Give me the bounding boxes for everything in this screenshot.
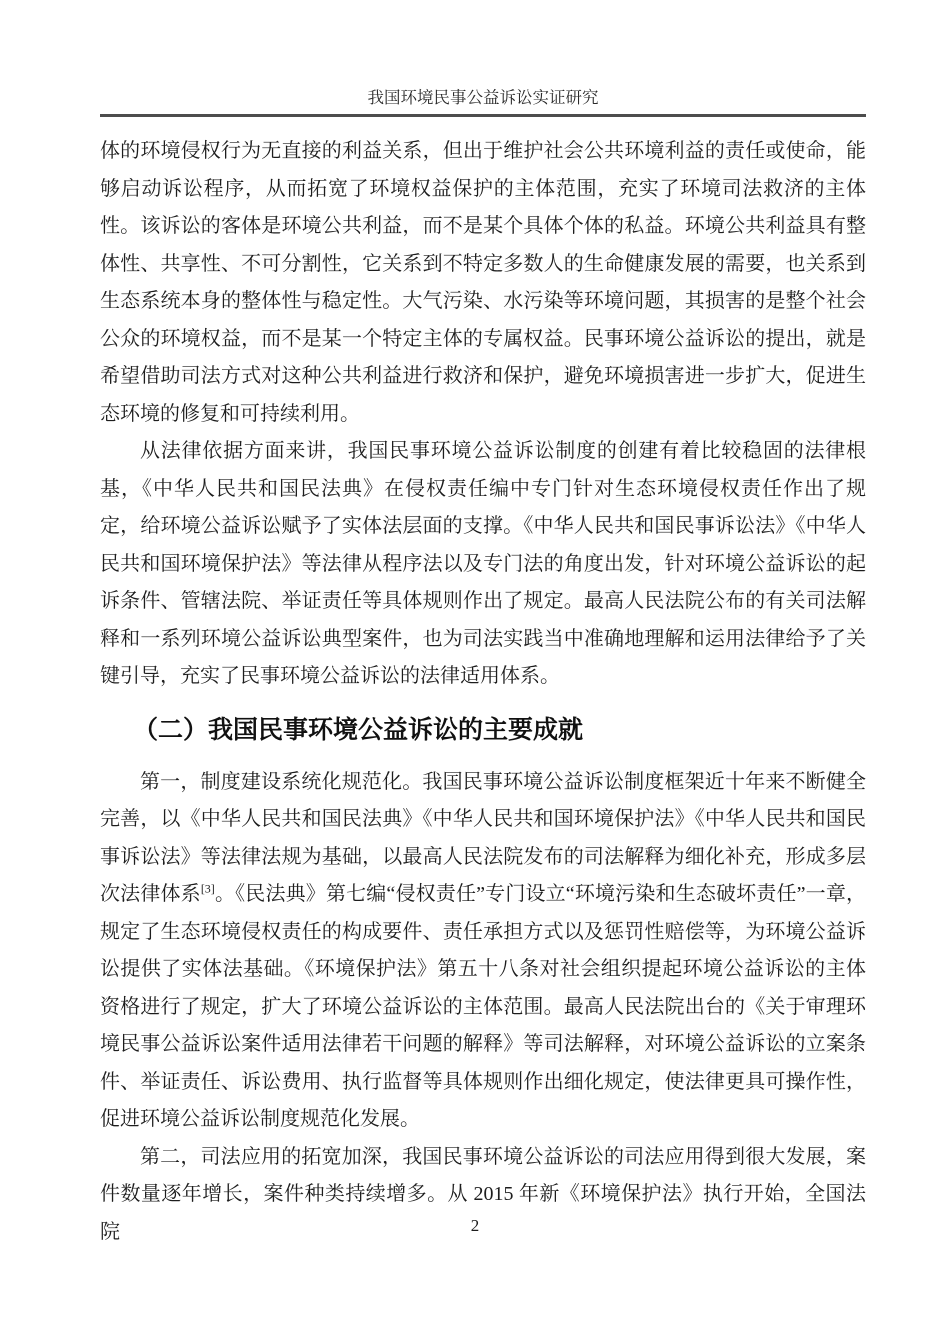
document-page: 我国环境民事公益诉讼实证研究 体的环境侵权行为无直接的利益关系，但出于维护社会公…: [0, 0, 950, 1344]
section-heading: （二）我国民事环境公益诉讼的主要成就: [100, 710, 866, 750]
page-number-value: 2: [471, 1216, 480, 1235]
paragraph: 第一，制度建设系统化规范化。我国民事环境公益诉讼制度框架近十年来不断健全完善，以…: [100, 764, 866, 1139]
paragraph-text: 体的环境侵权行为无直接的利益关系，但出于维护社会公共环境利益的责任或使命，能够启…: [100, 140, 866, 425]
paragraph-text: 。《民法典》第七编“侵权责任”专门设立“环境污染和生态破坏责任”一章，规定了生态…: [100, 883, 866, 1130]
document-body: 体的环境侵权行为无直接的利益关系，但出于维护社会公共环境利益的责任或使命，能够启…: [100, 133, 866, 1251]
page-number: 2: [0, 1215, 950, 1237]
footnote-reference: [3]: [201, 881, 215, 895]
paragraph-text: 从法律依据方面来讲，我国民事环境公益诉讼制度的创建有着比较稳固的法律根基，《中华…: [100, 440, 866, 687]
paragraph: 体的环境侵权行为无直接的利益关系，但出于维护社会公共环境利益的责任或使命，能够启…: [100, 133, 866, 433]
page-header: 我国环境民事公益诉讼实证研究: [100, 86, 866, 117]
paragraph: 从法律依据方面来讲，我国民事环境公益诉讼制度的创建有着比较稳固的法律根基，《中华…: [100, 433, 866, 696]
running-title: 我国环境民事公益诉讼实证研究: [368, 88, 599, 107]
